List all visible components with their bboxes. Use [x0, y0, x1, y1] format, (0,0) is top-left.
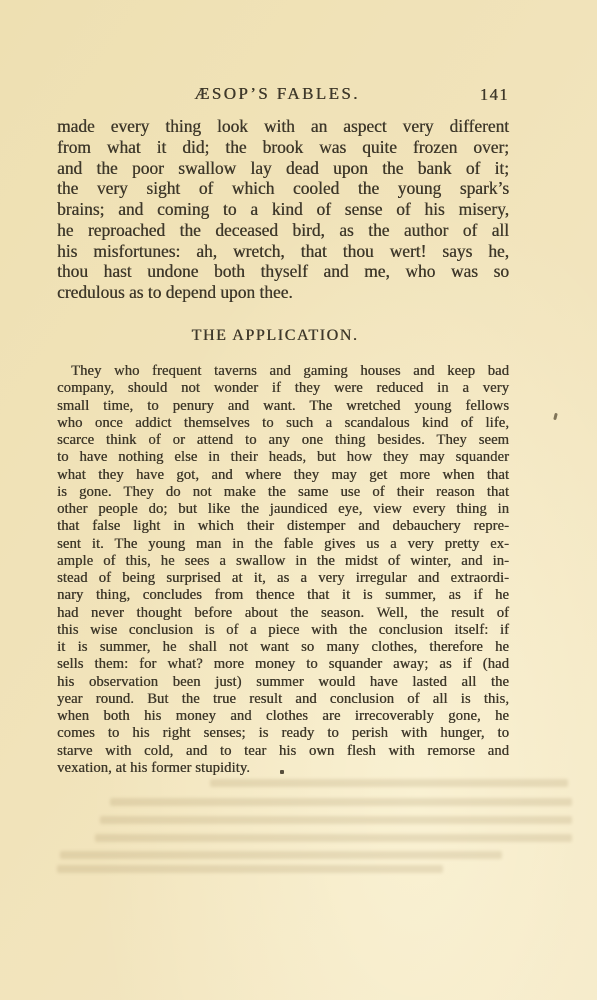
application-paragraph: They who frequent taverns and gaming hou… — [57, 363, 509, 777]
text-line: when both his money and clothes are irre… — [57, 708, 509, 725]
fable-conclusion-paragraph: made every thing look with an aspect ver… — [57, 116, 509, 303]
text-line: stead of being surprised at it, as a ver… — [57, 570, 509, 587]
text-line: this wise conclusion is of a piece with … — [57, 622, 509, 639]
margin-ink-speck — [553, 413, 558, 421]
text-line: his observation been just) summer would … — [57, 674, 509, 691]
show-through-line — [100, 816, 572, 824]
text-line: made every thing look with an aspect ver… — [57, 116, 509, 137]
text-line: ample of this, he sees a swallow in the … — [57, 553, 509, 570]
text-line: They who frequent taverns and gaming hou… — [57, 363, 509, 380]
text-line: from what it did; the brook was quite fr… — [57, 137, 509, 158]
ink-speck — [280, 770, 284, 774]
show-through-line — [60, 851, 502, 859]
text-line: his misfortunes: ah, wretch, that thou w… — [57, 241, 509, 262]
text-line: small time, to penury and want. The wret… — [57, 398, 509, 415]
text-line: company, should not wonder if they were … — [57, 380, 509, 397]
text-line: other people do; but like the jaundiced … — [57, 501, 509, 518]
text-line: that false light in which their distempe… — [57, 518, 509, 535]
show-through-line — [110, 798, 572, 806]
text-line: credulous as to depend upon thee. — [57, 282, 509, 303]
text-line: scarce think of or attend to any one thi… — [57, 432, 509, 449]
text-line: brains; and coming to a kind of sense of… — [57, 199, 509, 220]
application-heading: THE APPLICATION. — [49, 327, 501, 345]
text-line: comes to his right senses; is ready to p… — [57, 725, 509, 742]
text-line: who once addict themselves to such a sca… — [57, 415, 509, 432]
text-line: year round. But the true result and conc… — [57, 691, 509, 708]
show-through-line — [57, 865, 443, 873]
running-title: ÆSOP’S FABLES. — [51, 84, 503, 104]
text-line: to have nothing else in their heads, but… — [57, 449, 509, 466]
text-line: nary thing, concludes from thence that i… — [57, 587, 509, 604]
show-through-line — [95, 834, 572, 842]
text-line: is gone. They do not make the same use o… — [57, 484, 509, 501]
text-line: it is summer, he shall not want so many … — [57, 639, 509, 656]
page-header: ÆSOP’S FABLES. 141 — [57, 84, 509, 104]
text-line: starve with cold, and to tear his own fl… — [57, 743, 509, 760]
show-through-line — [210, 779, 568, 787]
text-line: had never thought before about the seaso… — [57, 605, 509, 622]
text-line: what they have got, and where they may g… — [57, 467, 509, 484]
text-line: the very sight of which cooled the young… — [57, 178, 509, 199]
text-line: and the poor swallow lay dead upon the b… — [57, 158, 509, 179]
text-line: thou hast undone both thyself and me, wh… — [57, 261, 509, 282]
page-number: 141 — [480, 85, 509, 105]
text-line: sent it. The young man in the fable give… — [57, 536, 509, 553]
text-line: he reproached the deceased bird, as the … — [57, 220, 509, 241]
book-page: ÆSOP’S FABLES. 141 made every thing look… — [0, 0, 597, 1000]
text-line: vexation, at his former stupidity. — [57, 760, 509, 777]
text-line: sells them: for what? more money to squa… — [57, 656, 509, 673]
